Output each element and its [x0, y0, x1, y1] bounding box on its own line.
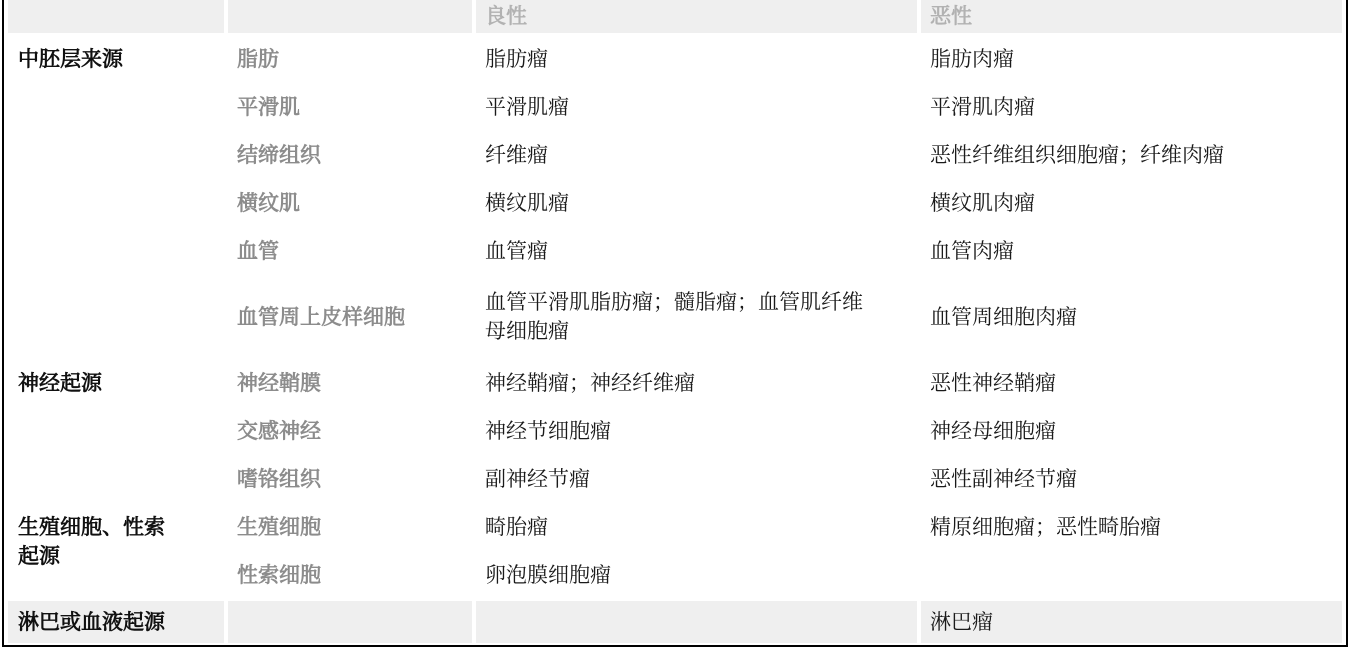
table-row: 神经起源 神经鞘膜 神经鞘瘤；神经纤维瘤 恶性神经鞘瘤 — [8, 361, 1342, 405]
malignant-cell: 神经母细胞瘤 — [921, 409, 1342, 453]
header-benign: 良性 — [476, 0, 917, 33]
malignant-cell: 血管肉瘤 — [921, 229, 1342, 273]
benign-cell: 纤维瘤 — [476, 133, 917, 177]
origin-cell-lymph-blood: 淋巴或血液起源 — [8, 601, 224, 643]
header-origin — [8, 0, 224, 33]
header-row: 良性 恶性 — [8, 0, 1342, 33]
tissue-cell: 结缔组织 — [228, 133, 472, 177]
malignant-cell: 精原细胞瘤；恶性畸胎瘤 — [921, 505, 1342, 549]
benign-cell: 副神经节瘤 — [476, 457, 917, 501]
tissue-cell: 性索细胞 — [228, 553, 472, 597]
malignant-cell: 恶性纤维组织细胞瘤；纤维肉瘤 — [921, 133, 1342, 177]
malignant-cell: 血管周细胞肉瘤 — [921, 277, 1342, 357]
tissue-cell: 平滑肌 — [228, 85, 472, 129]
tissue-cell: 嗜铬组织 — [228, 457, 472, 501]
table-frame: 良性 恶性 中胚层来源 脂肪 脂肪瘤 脂肪肉瘤 平滑肌 平滑肌瘤 平滑肌肉瘤 结… — [2, 0, 1348, 647]
benign-cell: 卵泡膜细胞瘤 — [476, 553, 917, 597]
malignant-cell: 淋巴瘤 — [921, 601, 1342, 643]
tissue-cell: 交感神经 — [228, 409, 472, 453]
tissue-cell: 血管周上皮样细胞 — [228, 277, 472, 357]
malignant-cell — [921, 553, 1342, 597]
malignant-cell: 横纹肌肉瘤 — [921, 181, 1342, 225]
header-malignant: 恶性 — [921, 0, 1342, 33]
benign-cell: 血管平滑肌脂肪瘤；髓脂瘤；血管肌纤维母细胞瘤 — [476, 277, 917, 357]
tissue-cell: 生殖细胞 — [228, 505, 472, 549]
tissue-cell: 横纹肌 — [228, 181, 472, 225]
table-row: 生殖细胞、性索起源 生殖细胞 畸胎瘤 精原细胞瘤；恶性畸胎瘤 — [8, 505, 1342, 549]
benign-cell: 平滑肌瘤 — [476, 85, 917, 129]
malignant-cell: 恶性副神经节瘤 — [921, 457, 1342, 501]
tissue-cell — [228, 601, 472, 643]
benign-cell: 血管瘤 — [476, 229, 917, 273]
benign-cell: 横纹肌瘤 — [476, 181, 917, 225]
header-tissue — [228, 0, 472, 33]
tissue-cell: 血管 — [228, 229, 472, 273]
tumor-classification-table: 良性 恶性 中胚层来源 脂肪 脂肪瘤 脂肪肉瘤 平滑肌 平滑肌瘤 平滑肌肉瘤 结… — [4, 0, 1346, 647]
benign-cell: 脂肪瘤 — [476, 37, 917, 81]
origin-cell-nerve: 神经起源 — [8, 361, 224, 501]
benign-cell: 神经节细胞瘤 — [476, 409, 917, 453]
benign-cell: 神经鞘瘤；神经纤维瘤 — [476, 361, 917, 405]
table-row: 中胚层来源 脂肪 脂肪瘤 脂肪肉瘤 — [8, 37, 1342, 81]
malignant-cell: 脂肪肉瘤 — [921, 37, 1342, 81]
tissue-cell: 脂肪 — [228, 37, 472, 81]
origin-cell-mesoderm: 中胚层来源 — [8, 37, 224, 357]
benign-cell: 畸胎瘤 — [476, 505, 917, 549]
table-row: 淋巴或血液起源 淋巴瘤 — [8, 601, 1342, 643]
benign-cell — [476, 601, 917, 643]
malignant-cell: 平滑肌肉瘤 — [921, 85, 1342, 129]
tissue-cell: 神经鞘膜 — [228, 361, 472, 405]
origin-cell-germ-sexcord: 生殖细胞、性索起源 — [8, 505, 224, 597]
malignant-cell: 恶性神经鞘瘤 — [921, 361, 1342, 405]
